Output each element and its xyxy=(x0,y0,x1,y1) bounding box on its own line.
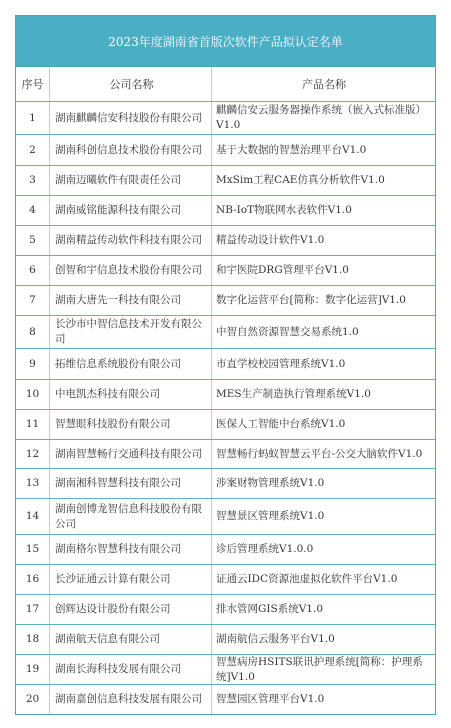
product-name: 麒麟信安云服务器操作系统（嵌入式标准版）V1.0 xyxy=(212,102,435,134)
row-number: 13 xyxy=(16,469,50,498)
header-no: 序号 xyxy=(16,67,50,101)
company-name: 智慧眼科技股份有限公司 xyxy=(50,410,212,439)
company-name: 湖南迈曦软件有限责任公司 xyxy=(50,166,212,195)
row-number: 6 xyxy=(16,256,50,285)
row-number: 2 xyxy=(16,135,50,165)
product-name: 基于大数据的智慧治理平台V1.0 xyxy=(212,135,435,165)
table-row: 18湖南航天信息有限公司湖南航信云服务平台V1.0 xyxy=(16,625,435,655)
table-header-row: 序号 公司名称 产品名称 xyxy=(16,67,435,102)
product-name: 智慧病房HSITS联讯护理系统[简称：护理系统]V1.0 xyxy=(212,655,435,684)
company-name: 长沙证通云计算有限公司 xyxy=(50,565,212,594)
company-name: 湖南航天信息有限公司 xyxy=(50,625,212,654)
table-row: 5湖南精益传动软件科技有限公司精益传动设计软件V1.0 xyxy=(16,226,435,256)
company-name: 湖南创博龙智信息科技股份有限公司 xyxy=(50,499,212,534)
row-number: 11 xyxy=(16,410,50,439)
table-row: 7湖南大唐先一科技有限公司数字化运营平台[简称：数字化运营]V1.0 xyxy=(16,286,435,316)
product-name: 智慧景区管理系统V1.0 xyxy=(212,499,435,534)
row-number: 3 xyxy=(16,166,50,195)
table-row: 20湖南嘉创信息科技发展有限公司智慧园区管理平台V1.0 xyxy=(16,685,435,714)
table-row: 13湖南湘科智慧科技有限公司涉案财物管理系统V1.0 xyxy=(16,469,435,499)
product-name: 市直学校校园管理系统V1.0 xyxy=(212,349,435,379)
company-name: 创智和宇信息技术股份有限公司 xyxy=(50,256,212,285)
company-name: 湖南格尔智慧科技有限公司 xyxy=(50,535,212,564)
company-name: 创辉达设计股份有限公司 xyxy=(50,595,212,624)
company-name: 湖南大唐先一科技有限公司 xyxy=(50,286,212,315)
company-name: 湖南智慧畅行交通科技有限公司 xyxy=(50,440,212,468)
row-number: 8 xyxy=(16,316,50,348)
table-row: 19湖南长海科技发展有限公司智慧病房HSITS联讯护理系统[简称：护理系统]V1… xyxy=(16,655,435,685)
product-name: 数字化运营平台[简称：数字化运营]V1.0 xyxy=(212,286,435,315)
software-list-table: 2023年度湖南省首版次软件产品拟认定名单 序号 公司名称 产品名称 1湖南麒麟… xyxy=(15,15,436,715)
table-row: 12湖南智慧畅行交通科技有限公司智慧畅行蚂蚁智慧云平台-公交大脑软件V1.0 xyxy=(16,440,435,469)
product-name: 排水管网GIS系统V1.0 xyxy=(212,595,435,624)
product-name: 精益传动设计软件V1.0 xyxy=(212,226,435,255)
table-row: 3湖南迈曦软件有限责任公司MxSim工程CAE仿真分析软件V1.0 xyxy=(16,166,435,196)
row-number: 15 xyxy=(16,535,50,564)
row-number: 17 xyxy=(16,595,50,624)
product-name: 和宇医院DRG管理平台V1.0 xyxy=(212,256,435,285)
product-name: 诊后管理系统V1.0.0 xyxy=(212,535,435,564)
row-number: 18 xyxy=(16,625,50,654)
row-number: 7 xyxy=(16,286,50,315)
company-name: 湖南威铭能源科技有限公司 xyxy=(50,196,212,225)
row-number: 12 xyxy=(16,440,50,468)
company-name: 长沙市中智信息技术开发有限公司 xyxy=(50,316,212,348)
product-name: MES生产制造执行管理系统V1.0 xyxy=(212,380,435,409)
row-number: 5 xyxy=(16,226,50,255)
header-company: 公司名称 xyxy=(50,67,212,101)
table-title: 2023年度湖南省首版次软件产品拟认定名单 xyxy=(16,16,435,67)
row-number: 19 xyxy=(16,655,50,684)
company-name: 湖南科创信息技术股份有限公司 xyxy=(50,135,212,165)
company-name: 湖南长海科技发展有限公司 xyxy=(50,655,212,684)
product-name: 涉案财物管理系统V1.0 xyxy=(212,469,435,498)
product-name: 中智自然资源智慧交易系统1.0 xyxy=(212,316,435,348)
table-row: 14湖南创博龙智信息科技股份有限公司智慧景区管理系统V1.0 xyxy=(16,499,435,535)
table-row: 15湖南格尔智慧科技有限公司诊后管理系统V1.0.0 xyxy=(16,535,435,565)
product-name: 智慧畅行蚂蚁智慧云平台-公交大脑软件V1.0 xyxy=(212,440,435,468)
table-row: 9拓维信息系统股份有限公司市直学校校园管理系统V1.0 xyxy=(16,349,435,380)
header-product: 产品名称 xyxy=(212,67,435,101)
product-name: 医保人工智能中台系统V1.0 xyxy=(212,410,435,439)
row-number: 10 xyxy=(16,380,50,409)
table-row: 8长沙市中智信息技术开发有限公司中智自然资源智慧交易系统1.0 xyxy=(16,316,435,349)
row-number: 4 xyxy=(16,196,50,225)
table-row: 10中电凯杰科技有限公司MES生产制造执行管理系统V1.0 xyxy=(16,380,435,410)
product-name: 湖南航信云服务平台V1.0 xyxy=(212,625,435,654)
row-number: 9 xyxy=(16,349,50,379)
company-name: 湖南精益传动软件科技有限公司 xyxy=(50,226,212,255)
company-name: 湖南麒麟信安科技股份有限公司 xyxy=(50,102,212,134)
table-row: 1湖南麒麟信安科技股份有限公司麒麟信安云服务器操作系统（嵌入式标准版）V1.0 xyxy=(16,102,435,135)
row-number: 16 xyxy=(16,565,50,594)
company-name: 湖南湘科智慧科技有限公司 xyxy=(50,469,212,498)
row-number: 14 xyxy=(16,499,50,534)
product-name: NB-IoT物联网水表软件V1.0 xyxy=(212,196,435,225)
table-row: 2湖南科创信息技术股份有限公司基于大数据的智慧治理平台V1.0 xyxy=(16,135,435,166)
company-name: 湖南嘉创信息科技发展有限公司 xyxy=(50,685,212,714)
table-row: 16长沙证通云计算有限公司证通云IDC资源池虚拟化软件平台V1.0 xyxy=(16,565,435,595)
table-row: 4湖南威铭能源科技有限公司NB-IoT物联网水表软件V1.0 xyxy=(16,196,435,226)
table-row: 6创智和宇信息技术股份有限公司和宇医院DRG管理平台V1.0 xyxy=(16,256,435,286)
product-name: 智慧园区管理平台V1.0 xyxy=(212,685,435,714)
product-name: 证通云IDC资源池虚拟化软件平台V1.0 xyxy=(212,565,435,594)
table-row: 11智慧眼科技股份有限公司医保人工智能中台系统V1.0 xyxy=(16,410,435,440)
product-name: MxSim工程CAE仿真分析软件V1.0 xyxy=(212,166,435,195)
row-number: 20 xyxy=(16,685,50,714)
table-row: 17创辉达设计股份有限公司排水管网GIS系统V1.0 xyxy=(16,595,435,625)
company-name: 中电凯杰科技有限公司 xyxy=(50,380,212,409)
row-number: 1 xyxy=(16,102,50,134)
company-name: 拓维信息系统股份有限公司 xyxy=(50,349,212,379)
